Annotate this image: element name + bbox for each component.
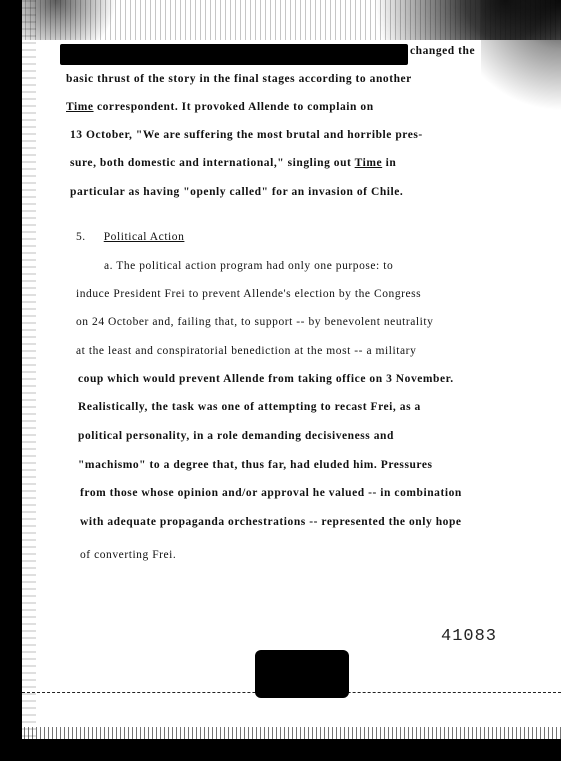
section-number: 5. — [76, 231, 86, 243]
paragraph-line: political personality, in a role demandi… — [78, 430, 394, 442]
paragraph-line: of converting Frei. — [80, 549, 176, 561]
paragraph-line: on 24 October and, failing that, to supp… — [76, 316, 433, 328]
paragraph-line: at the least and conspiratorial benedict… — [76, 345, 416, 357]
page-number: 41083 — [441, 627, 497, 646]
text-line: basic thrust of the story in the final s… — [66, 73, 412, 85]
redaction-bar — [255, 650, 349, 698]
paragraph-line: coup which would prevent Allende from ta… — [78, 373, 454, 385]
text-line: sure, both domestic and international," … — [70, 157, 396, 169]
paragraph-line: from those whose opinion and/or approval… — [80, 487, 462, 499]
underlined-title: Time — [355, 157, 383, 169]
paragraph-line: "machismo" to a degree that, thus far, h… — [78, 459, 433, 471]
paragraph-line: Realistically, the task was one of attem… — [78, 401, 421, 413]
section-heading: 5.Political Action — [76, 231, 184, 243]
paragraph-line: a. The political action program had only… — [104, 260, 393, 272]
section-title: Political Action — [104, 231, 185, 243]
text-line: 13 October, "We are suffering the most b… — [70, 129, 423, 141]
scan-bottom-noise — [0, 739, 561, 761]
text-line: Time correspondent. It provoked Allende … — [66, 101, 374, 113]
text-fragment: in — [382, 157, 396, 169]
redaction-bar — [60, 44, 408, 65]
scan-top-noise — [0, 0, 561, 40]
text-fragment: sure, both domestic and international," … — [70, 157, 355, 169]
paragraph-line: induce President Frei to prevent Allende… — [76, 288, 421, 300]
scan-corner-noise — [481, 0, 561, 120]
scan-left-edge — [0, 0, 22, 761]
paragraph-line: with adequate propaganda orchestrations … — [80, 516, 462, 528]
text-line: particular as having "openly called" for… — [70, 186, 403, 198]
text-line: changed the — [410, 45, 475, 57]
text-fragment: correspondent. It provoked Allende to co… — [94, 101, 374, 113]
underlined-title: Time — [66, 101, 94, 113]
